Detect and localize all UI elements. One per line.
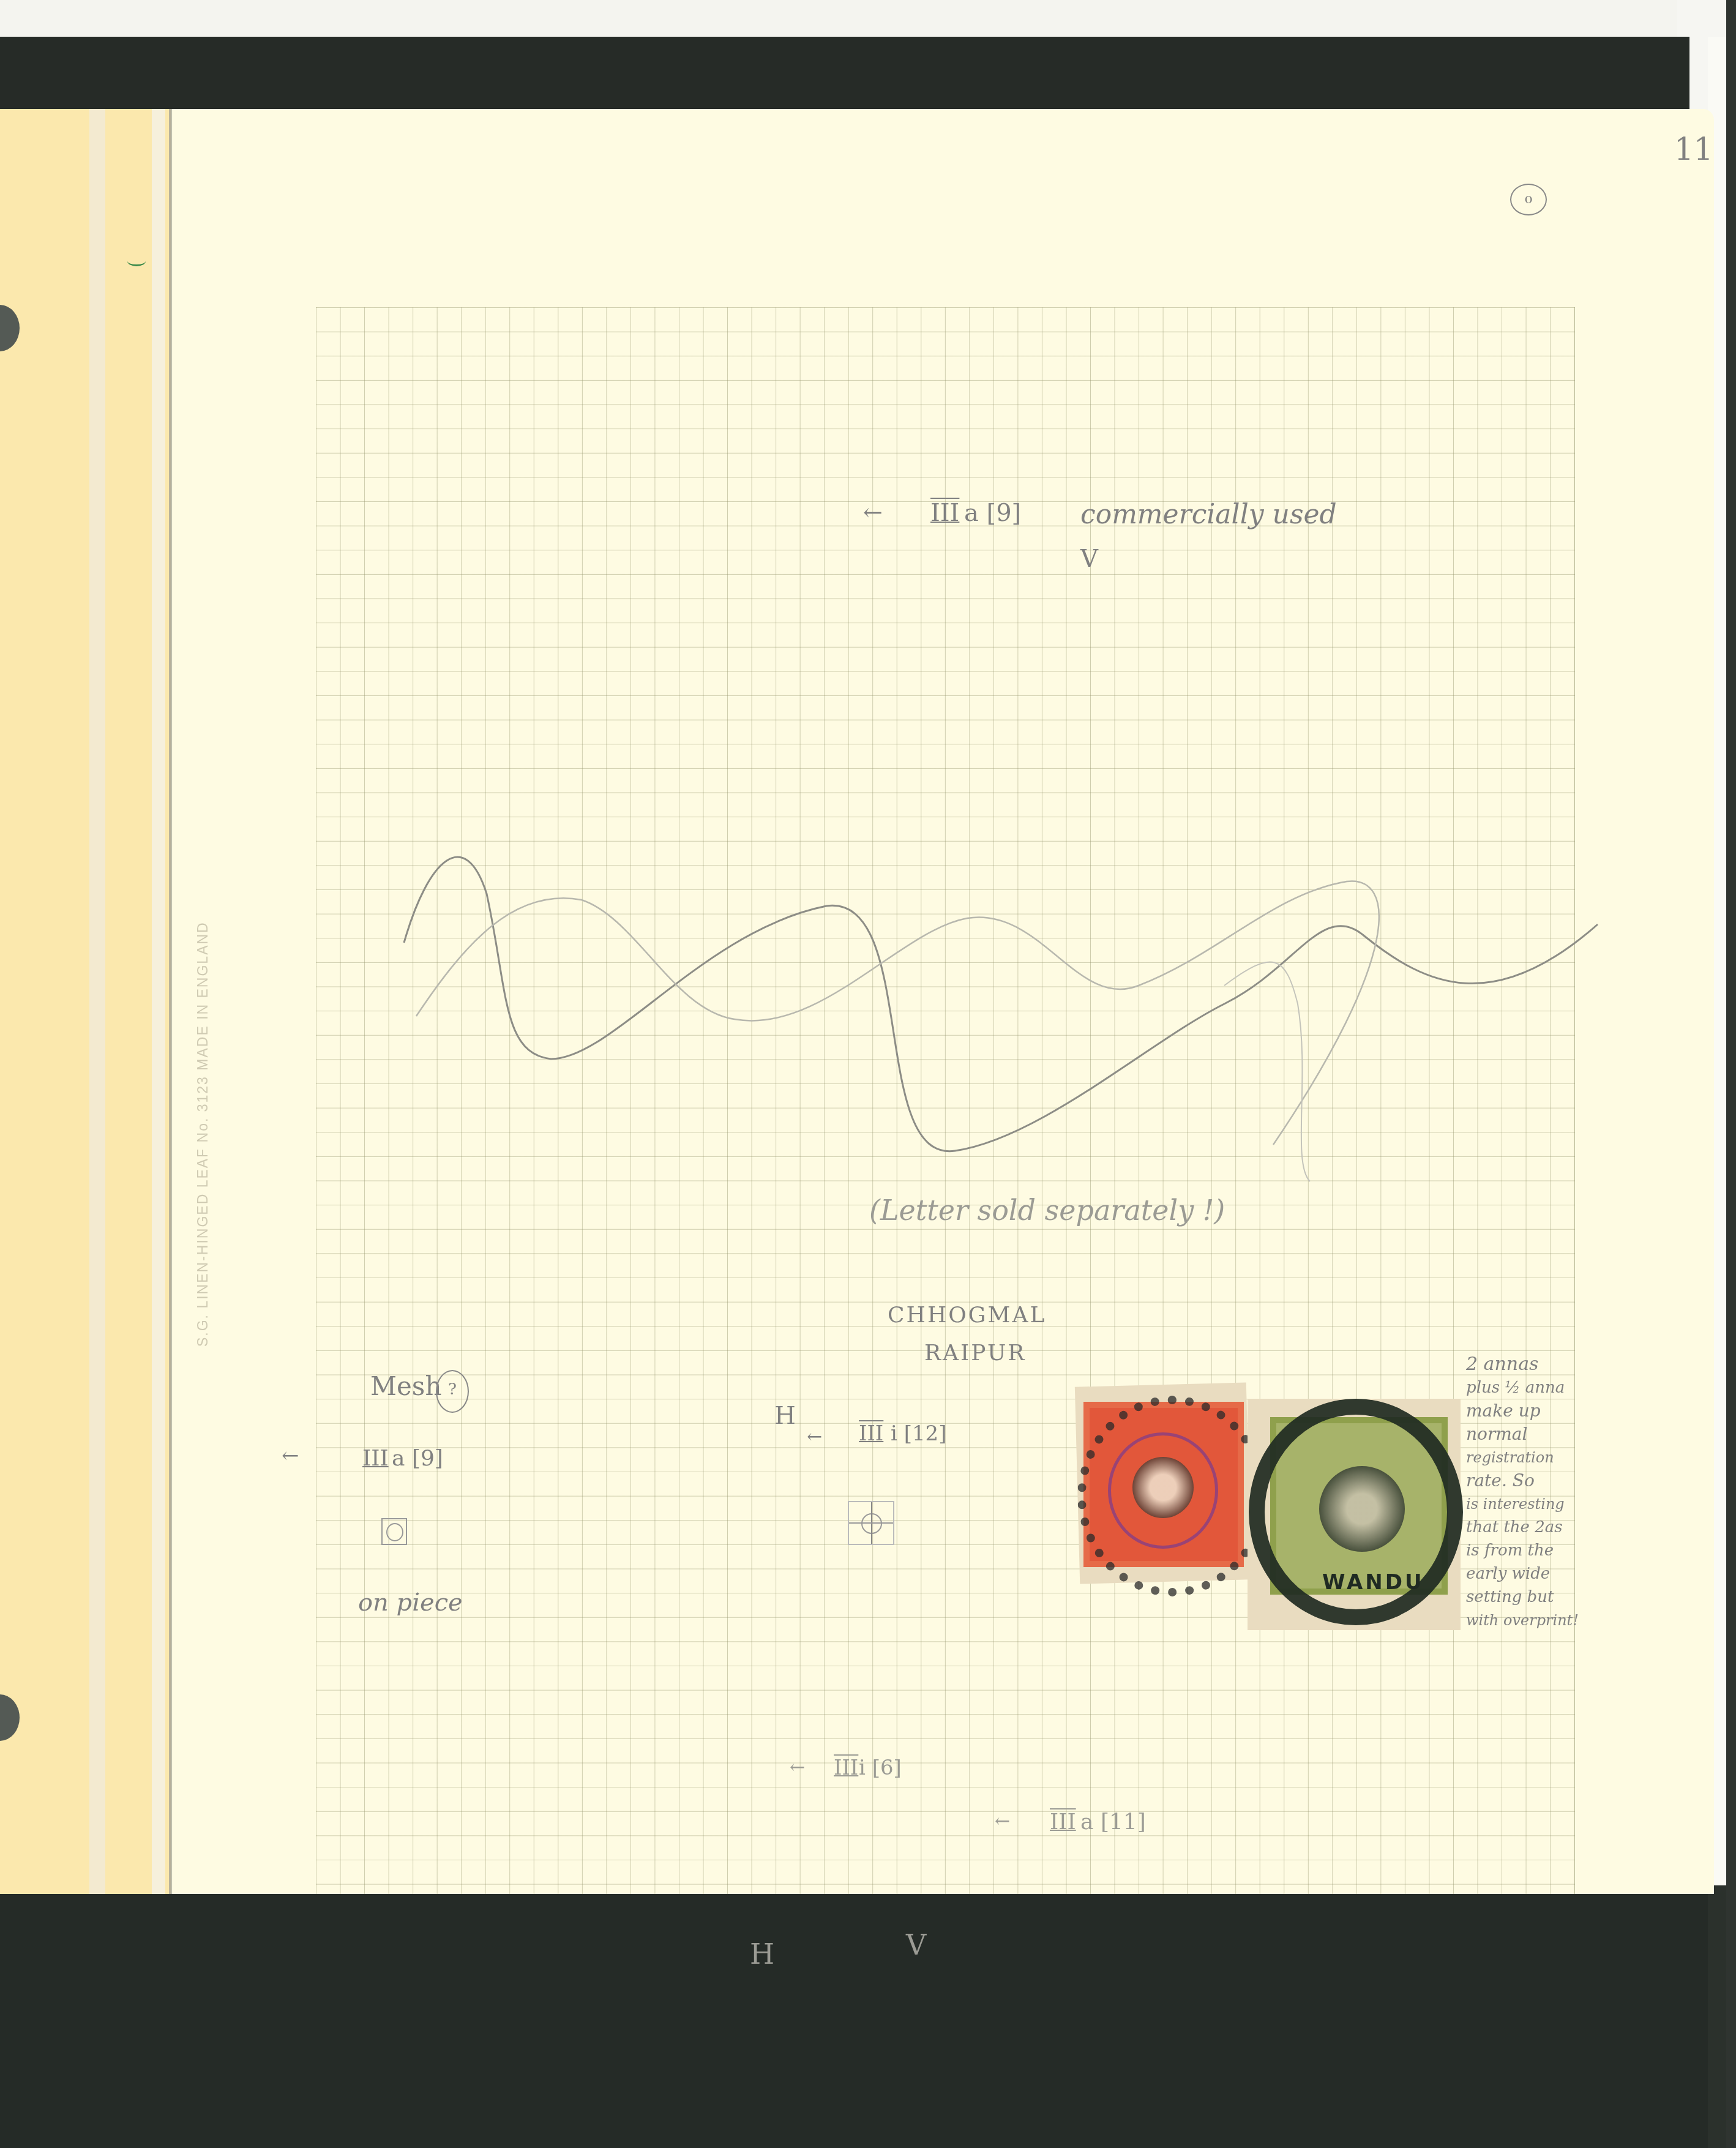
footer-h-mark: H xyxy=(750,1937,774,1970)
arrow-left-icon: ← xyxy=(995,1811,1010,1832)
v-mark: V xyxy=(1080,545,1098,573)
mesh-query-circle: ? xyxy=(436,1370,469,1413)
square-circle-icon xyxy=(381,1518,407,1545)
postmark-text: WANDU xyxy=(1322,1570,1424,1595)
sender-town: RAIPUR xyxy=(924,1341,1026,1366)
stamp-center xyxy=(1132,1457,1194,1518)
plate-numeral: III xyxy=(362,1446,389,1471)
crosshair-circle-icon xyxy=(848,1501,894,1545)
arrow-left-icon: ← xyxy=(790,1757,805,1778)
plate-position: a [9] xyxy=(392,1446,443,1471)
on-piece-note: on piece xyxy=(358,1589,463,1617)
plate-position: a [11] xyxy=(1080,1809,1146,1835)
side-note: 2 annas plus ½ anna make up normal regis… xyxy=(1466,1353,1588,1632)
plate-position: a [9] xyxy=(964,499,1021,527)
red-stamp[interactable] xyxy=(1083,1402,1244,1567)
plate-numeral: III xyxy=(930,499,959,527)
mesh-label: Mesh xyxy=(370,1371,441,1401)
pencil-wavy-lines xyxy=(0,0,1736,2148)
plate-position: i [12] xyxy=(891,1421,946,1446)
plate-numeral: III xyxy=(1050,1809,1076,1835)
sender-name: CHHOGMAL xyxy=(888,1303,1046,1328)
stamp-center xyxy=(1319,1466,1405,1552)
plate-numeral: III xyxy=(859,1421,883,1446)
arrow-left-icon: ← xyxy=(807,1426,822,1448)
green-stamp[interactable]: WANDU xyxy=(1270,1417,1448,1595)
footer-v-mark: V xyxy=(906,1928,926,1961)
usage-note: commercially used xyxy=(1080,499,1337,530)
plate-numeral: III xyxy=(834,1756,858,1780)
arrow-left-icon: ← xyxy=(282,1443,299,1468)
arrow-left-icon: ← xyxy=(863,499,883,526)
h-mark: H xyxy=(774,1402,796,1430)
letter-note: (Letter sold separately !) xyxy=(869,1194,1225,1227)
plate-position: i [6] xyxy=(859,1756,902,1780)
